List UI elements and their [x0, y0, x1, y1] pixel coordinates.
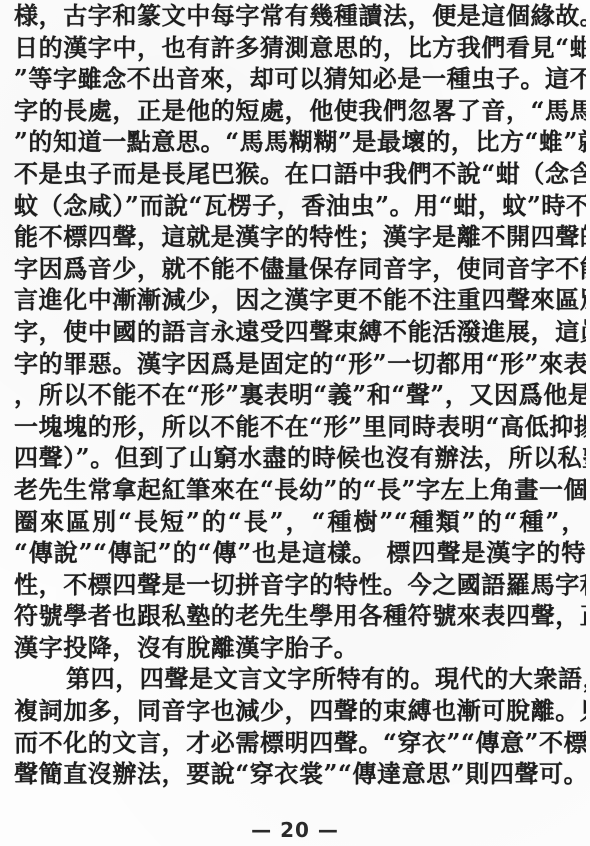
- text-line: “傳說”“傳記”的“傳”也是這樣。 標四聲是漢字的特: [14, 537, 586, 569]
- text-line: 圈來區別“長短”的“長”，“種樹”“種類”的“種”，: [14, 506, 586, 538]
- text-line: 能不標四聲，這就是漢字的特性；漢字是離不開四聲的。漢: [14, 221, 586, 253]
- body-text: 様，古字和篆文中每字常有幾種讀法，便是這個緣故。就今 日的漢字中，也有許多猜測意…: [14, 0, 586, 790]
- text-line: 字的長處，正是他的短處，他使我們忽畧了音，“馬馬糊糊: [14, 95, 586, 127]
- paragraph-start-line: 第四，四聲是文言文字所特有的。現代的大衆語，不但: [14, 663, 586, 695]
- paragraph-end-line: 漢字投降，沒有脫離漢字胎子。: [14, 632, 586, 664]
- text-line: 言進化中漸漸減少，因之漢字更不能不注重四聲來區別同音: [14, 284, 586, 316]
- text-line: 性，不標四聲是一切拼音字的特性。今之國語羅馬字和注音: [14, 569, 586, 601]
- text-line: 日的漢字中，也有許多猜測意思的，比方我們看見“蚶，蚊: [14, 32, 586, 64]
- text-line: 一塊塊的形，所以不能不在“形”里同時表明“高低抑揚（: [14, 411, 586, 443]
- text-line: 四聲）”。但到了山窮水盡的時候也沒有辦法，所以私塾的: [14, 442, 586, 474]
- text-line: 字因爲音少，就不能不儘量保存同音字，使同音字不能在語: [14, 253, 586, 285]
- text-line: 老先生常拿起紅筆來在“長幼”的“長”字左上角畫一個紅: [14, 474, 586, 506]
- text-line: 字的罪惡。漢字因爲是固定的“形”一切都用“形”來表示: [14, 348, 586, 380]
- scanned-page: 様，古字和篆文中每字常有幾種讀法，便是這個緣故。就今 日的漢字中，也有許多猜測意…: [0, 0, 590, 846]
- text-line: ”的知道一點意思。“馬馬糊糊”是最壞的，比方“蜼”就: [14, 126, 586, 158]
- text-line: 符號學者也跟私塾的老先生學用各種符號來表四聲，正是向: [14, 600, 586, 632]
- text-line: 複詞加多，同音字也減少，四聲的束縛也漸可脫離。只有食: [14, 695, 586, 727]
- text-line: 而不化的文言，才必需標明四聲。“穿衣”“傳意”不標四: [14, 727, 586, 759]
- text-line: ，所以不能不在“形”裏表明“義”和“聲”，又因爲他是: [14, 379, 586, 411]
- page-number: — 20 —: [0, 818, 590, 842]
- text-line: 蚊（念咸）”而說“瓦楞子，香油虫”。用“蚶，蚊”時不: [14, 190, 586, 222]
- text-line: 聲簡直沒辦法，要說“穿衣裳”“傳達意思”則四聲可。廢: [14, 758, 586, 790]
- text-line: 字，使中國的語言永遠受四聲束縛不能活潑進展，這眞是漢: [14, 316, 586, 348]
- text-line: ”等字雖念不出音來，却可以猜知必是一種虫子。這不是漢: [14, 63, 586, 95]
- text-line: 様，古字和篆文中每字常有幾種讀法，便是這個緣故。就今: [14, 0, 586, 32]
- text-line: 不是虫子而是長尾巴猴。在口語中我們不說“蚶（念含），: [14, 158, 586, 190]
